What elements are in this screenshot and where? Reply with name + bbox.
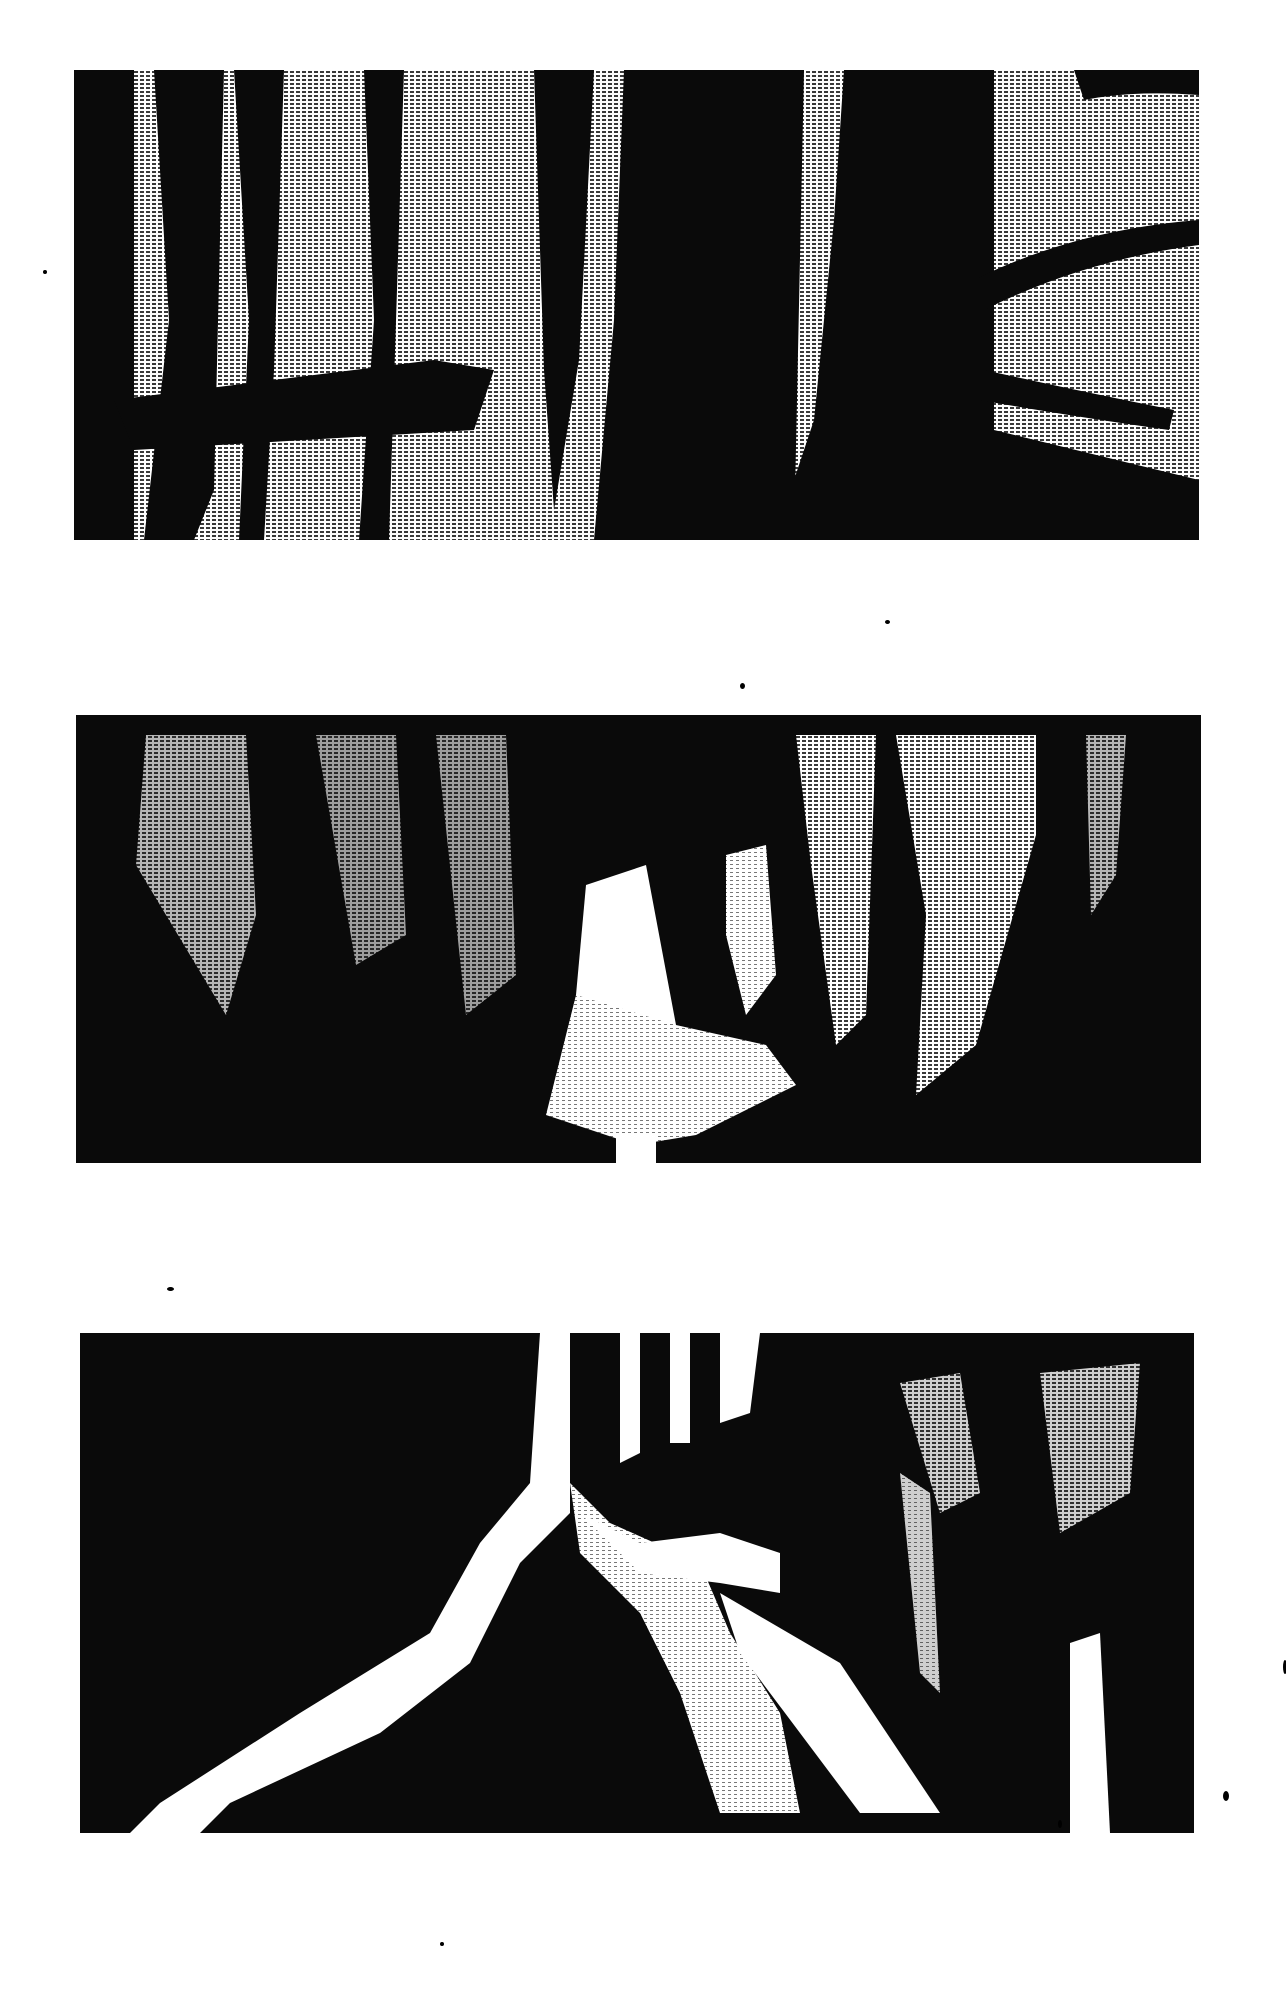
artwork-panel-top bbox=[74, 70, 1199, 540]
ink-speck bbox=[885, 620, 890, 624]
ink-speck bbox=[43, 270, 47, 274]
ink-speck bbox=[1058, 1820, 1062, 1828]
ink-speck bbox=[740, 683, 745, 689]
ink-speck bbox=[440, 1942, 444, 1946]
artwork-panel-bottom bbox=[80, 1333, 1194, 1833]
artwork-panel-middle bbox=[76, 715, 1201, 1163]
ink-speck bbox=[167, 1287, 174, 1291]
forked-path-illustration bbox=[80, 1333, 1194, 1833]
forest-path-illustration bbox=[76, 715, 1201, 1163]
forest-trunks-illustration bbox=[74, 70, 1199, 540]
ink-speck bbox=[1223, 1791, 1229, 1801]
